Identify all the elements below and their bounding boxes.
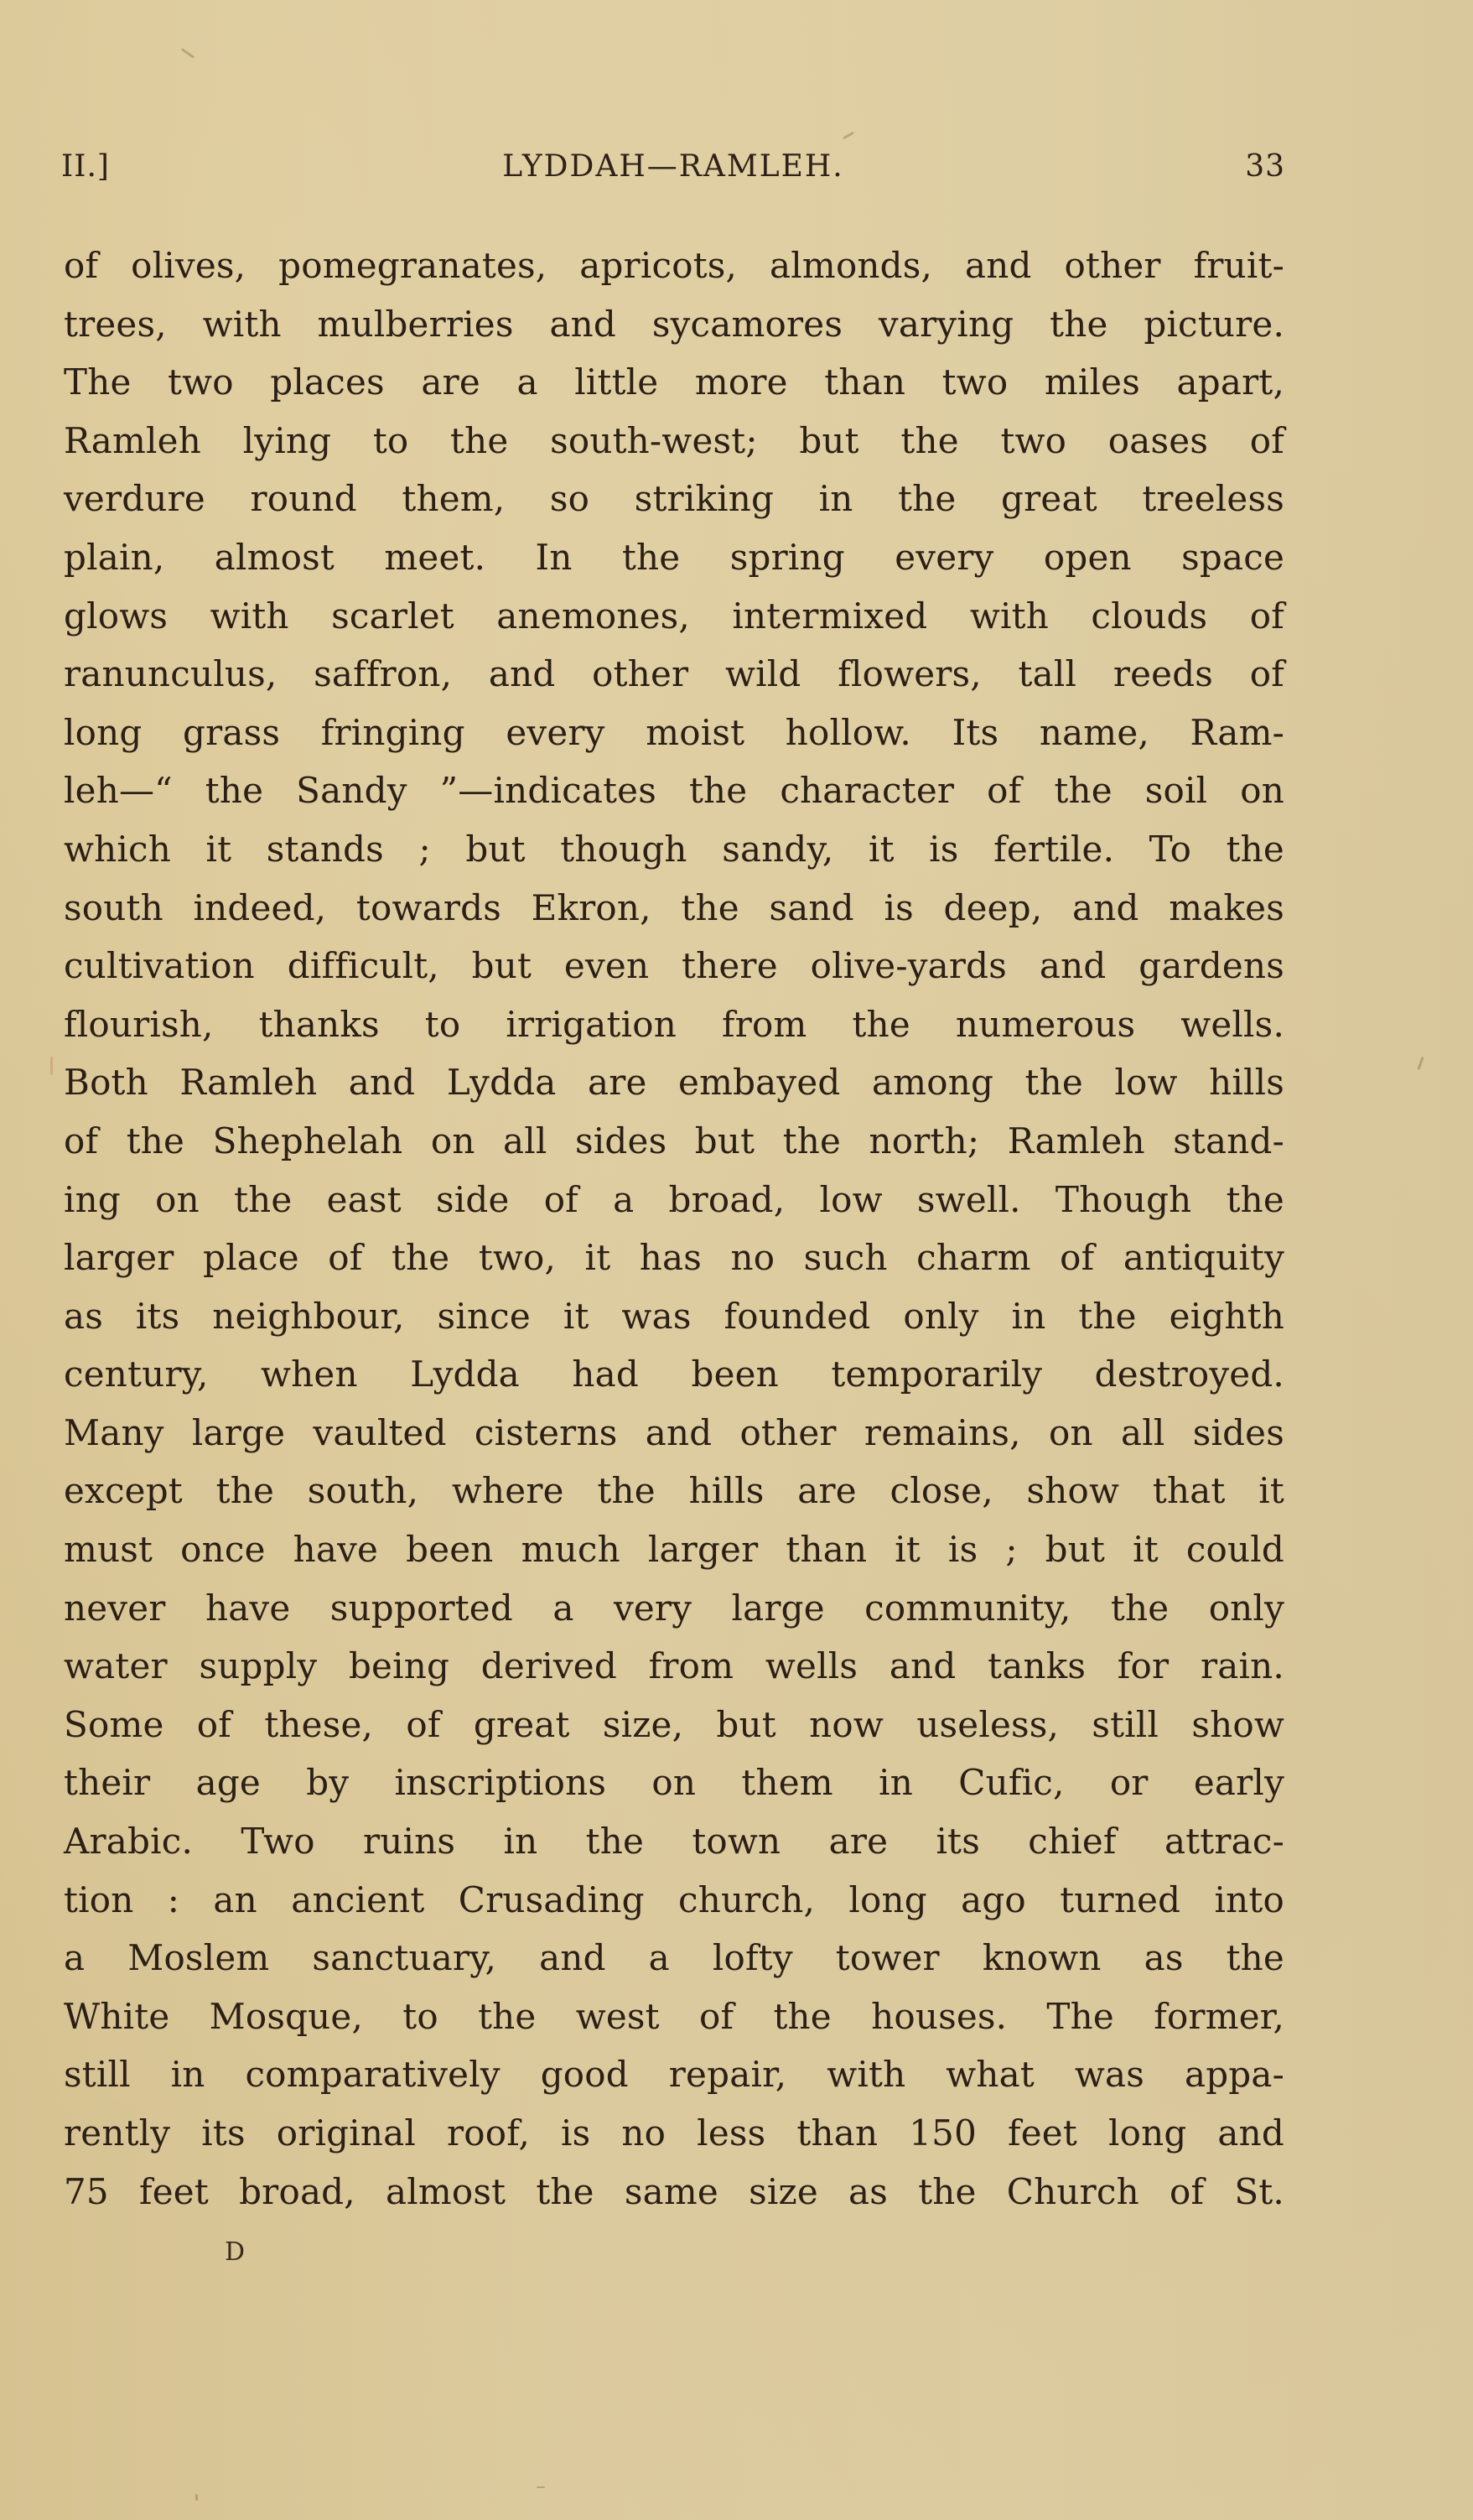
page-number: 33 [1245, 149, 1285, 184]
text-line: which it stands ; but though sandy, it i… [64, 820, 1284, 879]
text-line: must once have been much larger than it … [64, 1520, 1284, 1579]
paper-speck [843, 132, 854, 140]
running-head: II.] LYDDAH—RAMLEH. 33 [61, 149, 1285, 200]
body-paragraph: of olives, pomegranates, apricots, almon… [64, 236, 1284, 2221]
text-line: Some of these, of great size, but now us… [64, 1696, 1284, 1754]
text-line: Many large vaulted cisterns and other re… [64, 1404, 1284, 1463]
text-line: water supply being derived from wells an… [64, 1637, 1284, 1696]
paper-speck [1417, 1057, 1424, 1070]
text-line: their age by inscriptions on them in Cuf… [64, 1754, 1284, 1812]
text-line: long grass fringing every moist hollow. … [64, 704, 1284, 762]
text-line: except the south, where the hills are cl… [64, 1462, 1284, 1520]
text-line: larger place of the two, it has no such … [64, 1229, 1284, 1287]
paper-speck [50, 1057, 53, 1075]
book-page: II.] LYDDAH—RAMLEH. 33 of olives, pomegr… [0, 0, 1473, 2520]
text-line: The two places are a little more than tw… [64, 353, 1284, 412]
text-line: tion : an ancient Crusading church, long… [64, 1871, 1284, 1930]
paper-speck [195, 2494, 198, 2501]
text-line: never have supported a very large commun… [64, 1579, 1284, 1638]
text-line: ranunculus, saffron, and other wild flow… [64, 645, 1284, 704]
text-line: of olives, pomegranates, apricots, almon… [64, 236, 1284, 295]
text-line: verdure round them, so striking in the g… [64, 470, 1284, 528]
text-line: glows with scarlet anemones, intermixed … [64, 587, 1284, 646]
text-line: Both Ramleh and Lydda are embayed among … [64, 1053, 1284, 1112]
text-line: as its neighbour, since it was founded o… [64, 1287, 1284, 1346]
paper-speck [537, 2486, 545, 2488]
text-line: plain, almost meet. In the spring every … [64, 528, 1284, 587]
text-line: flourish, thanks to irrigation from the … [64, 995, 1284, 1054]
text-line: White Mosque, to the west of the houses.… [64, 1987, 1284, 2046]
text-line: trees, with mulberries and sycamores var… [64, 295, 1284, 354]
text-line: Arabic. Two ruins in the town are its ch… [64, 1812, 1284, 1871]
text-line: rently its original roof, is no less tha… [64, 2104, 1284, 2163]
text-line: a Moslem sanctuary, and a lofty tower kn… [64, 1929, 1284, 1987]
running-title: LYDDAH—RAMLEH. [61, 149, 1285, 184]
text-line: cultivation difficult, but even there ol… [64, 937, 1284, 995]
text-line: 75 feet broad, almost the same size as t… [64, 2163, 1284, 2221]
text-line: still in comparatively good repair, with… [64, 2045, 1284, 2104]
text-line: century, when Lydda had been temporarily… [64, 1345, 1284, 1404]
text-line: Ramleh lying to the south-west; but the … [64, 412, 1284, 470]
text-line: south indeed, towards Ekron, the sand is… [64, 879, 1284, 938]
signature-mark: D [225, 2237, 245, 2267]
text-line: leh—“ the Sandy ”—indicates the characte… [64, 761, 1284, 820]
text-line: of the Shephelah on all sides but the no… [64, 1112, 1284, 1171]
paper-speck [181, 48, 194, 59]
text-line: ing on the east side of a broad, low swe… [64, 1171, 1284, 1229]
